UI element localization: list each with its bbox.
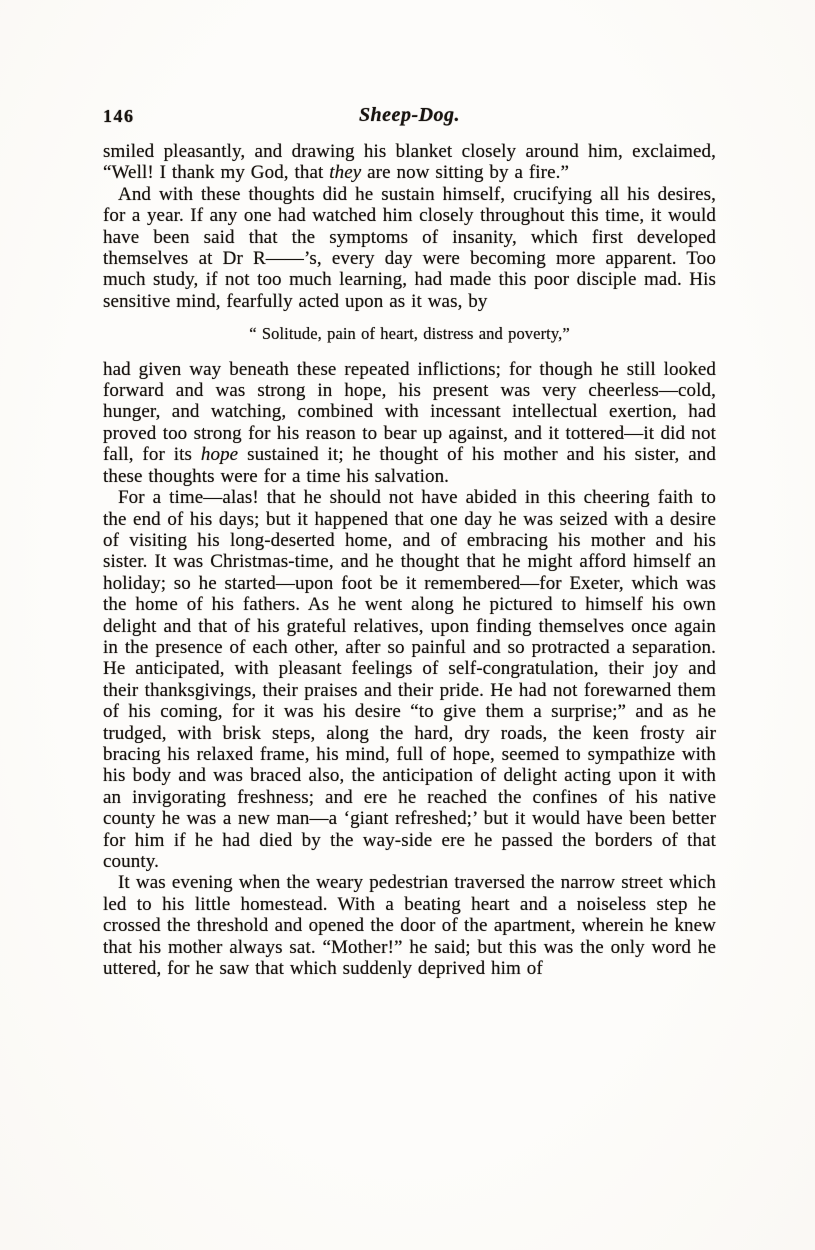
text-segment: are now sitting by a fire.”	[361, 162, 569, 183]
text-segment: And with these thoughts did he sustain h…	[103, 184, 716, 312]
italic-text-segment: they	[329, 162, 361, 183]
text-segment: It was evening when the weary pedestrian…	[103, 872, 716, 979]
verse-quote: “ Solitude, pain of heart, distress and …	[103, 323, 716, 344]
text-segment: For a time—alas! that he should not have…	[103, 487, 716, 872]
paragraph-5: It was evening when the weary pedestrian…	[103, 872, 716, 979]
page-text: smiled pleasantly, and drawing his blank…	[103, 141, 716, 979]
italic-text-segment: hope	[201, 444, 238, 465]
running-title: Sheep-Dog.	[103, 104, 716, 127]
page-header: 146 Sheep-Dog.	[103, 104, 716, 128]
paragraph-2: And with these thoughts did he sustain h…	[103, 184, 716, 312]
book-page: 146 Sheep-Dog. smiled pleasantly, and dr…	[0, 0, 815, 1250]
paragraph-1: smiled pleasantly, and drawing his blank…	[103, 141, 716, 184]
paragraph-4: For a time—alas! that he should not have…	[103, 487, 716, 872]
paragraph-3: had given way beneath these repeated inf…	[103, 359, 716, 487]
